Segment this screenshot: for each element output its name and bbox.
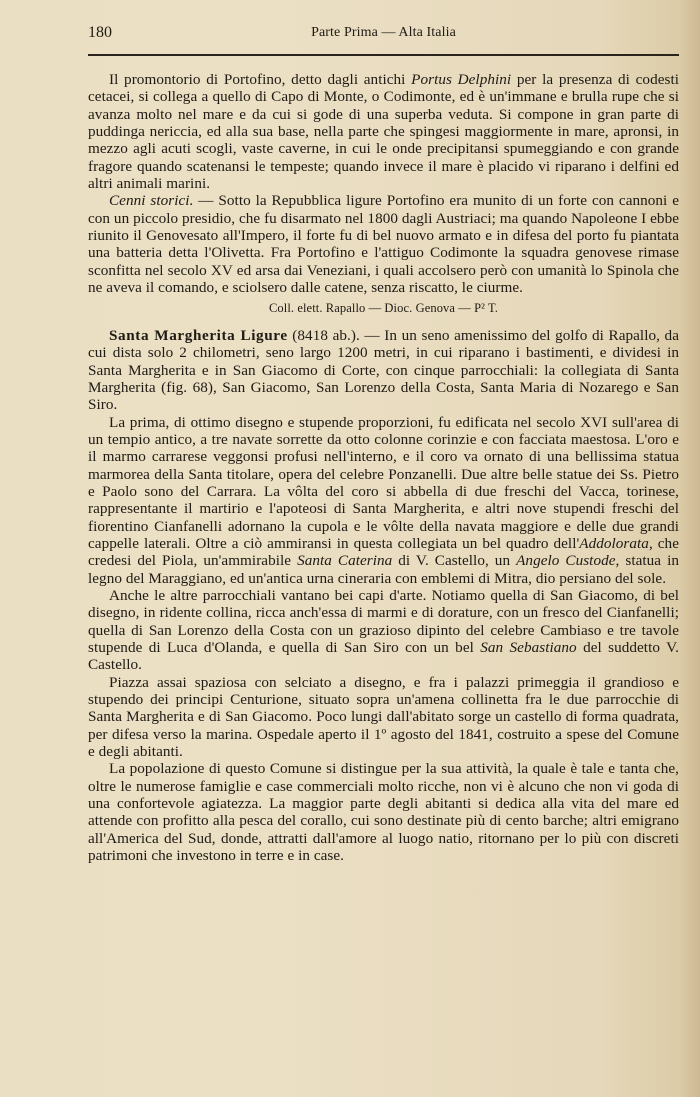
running-title: Parte Prima — Alta Italia bbox=[88, 25, 679, 41]
body-text: Il promontorio di Portofino, detto dagli… bbox=[88, 71, 679, 864]
santa-margherita-paragraph-2: La prima, di ottimo disegno e stupende p… bbox=[88, 414, 679, 587]
portofino-paragraph-1: Il promontorio di Portofino, detto dagli… bbox=[88, 71, 679, 192]
portofino-history-paragraph: Cenni storici. — Sotto la Repubblica lig… bbox=[88, 192, 679, 296]
santa-margherita-paragraph-4: Piazza assai spaziosa con selciato a dis… bbox=[88, 674, 679, 761]
book-page: 180 Parte Prima — Alta Italia Il promont… bbox=[88, 24, 679, 864]
running-header: 180 Parte Prima — Alta Italia bbox=[88, 24, 679, 46]
santa-margherita-paragraph-5: La popolazione di questo Comune si disti… bbox=[88, 760, 679, 864]
santa-margherita-paragraph-1: Santa Margherita Ligure (8418 ab.). — In… bbox=[88, 327, 679, 414]
santa-margherita-paragraph-3: Anche le altre parrocchiali vantano bei … bbox=[88, 587, 679, 674]
italic-term: Portus Delphini bbox=[411, 71, 511, 88]
administrative-note: Coll. elett. Rapallo — Dioc. Genova — P²… bbox=[88, 300, 679, 317]
subsection-label: Cenni storici. bbox=[109, 192, 193, 209]
header-rule bbox=[88, 54, 679, 56]
section-heading: Santa Margherita Ligure bbox=[109, 327, 288, 344]
